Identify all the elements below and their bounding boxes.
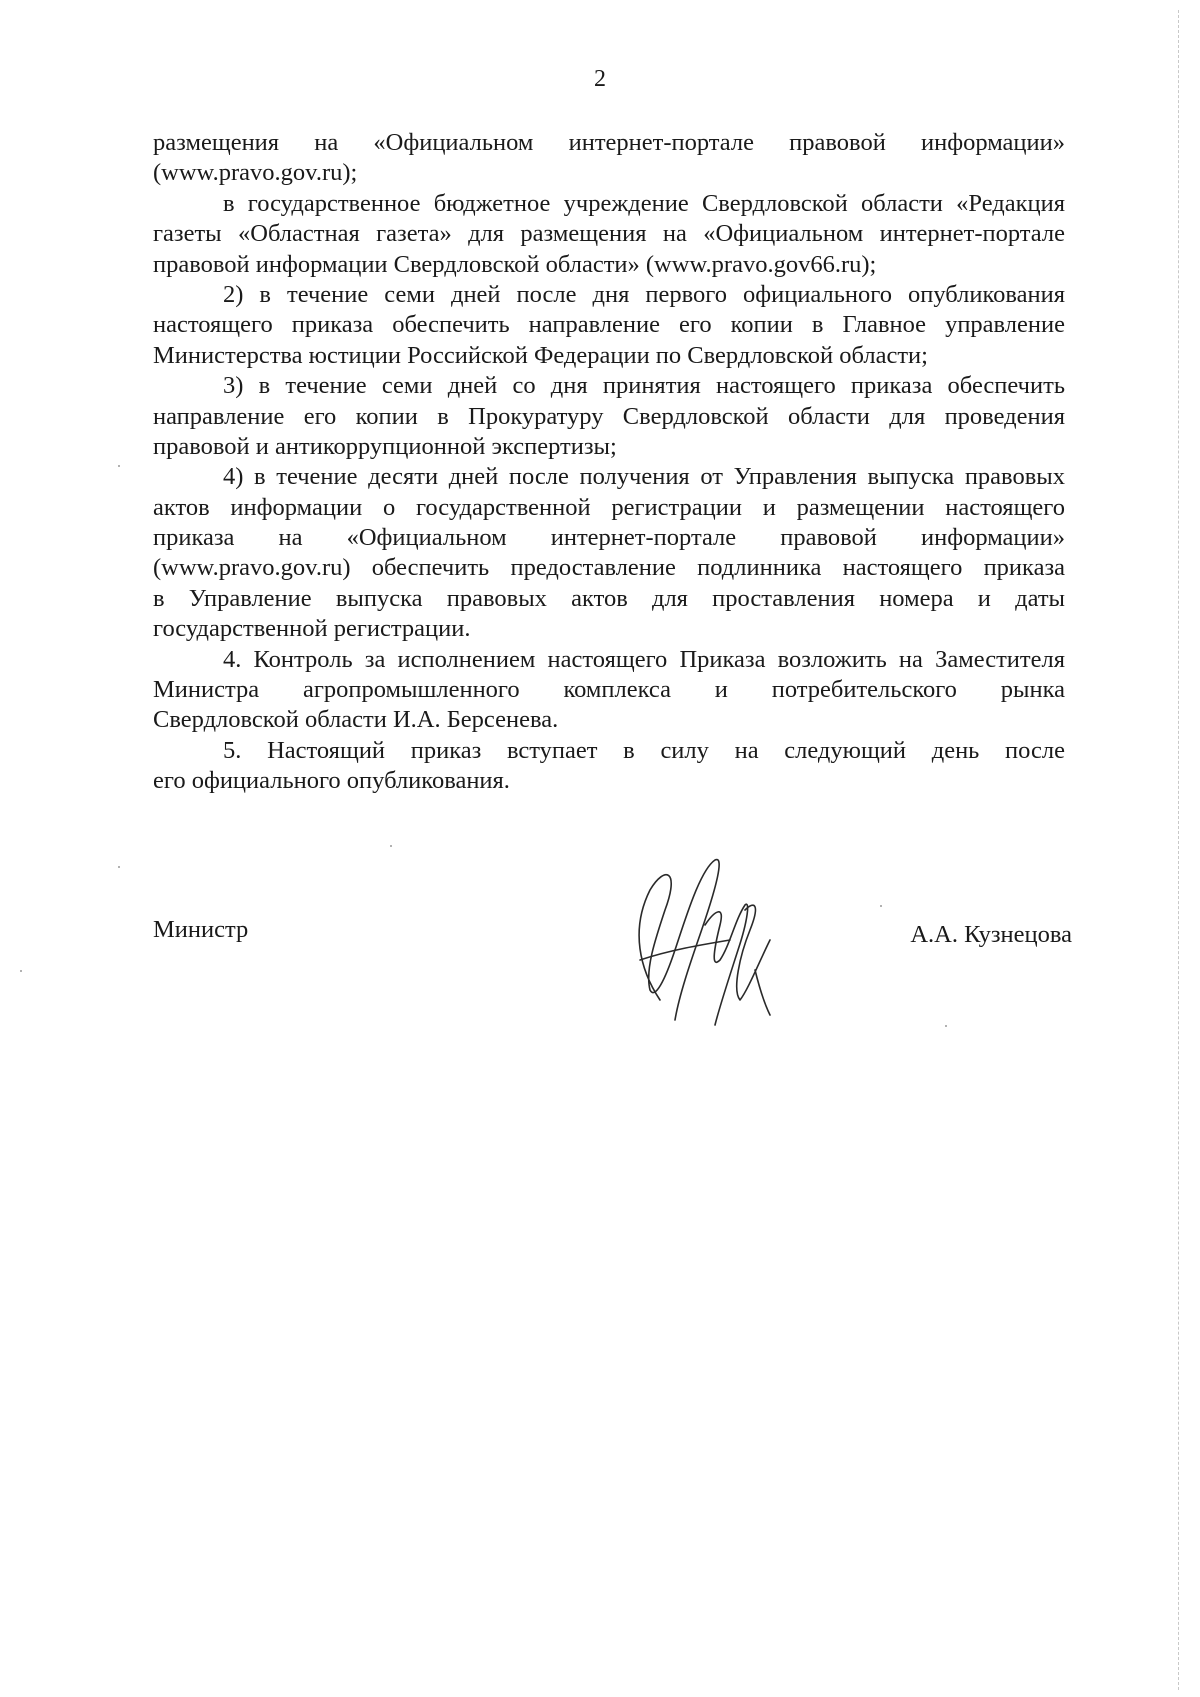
body-line: (www.pravo.gov.ru) обеспечить предоставл… (153, 553, 1065, 583)
body-line: (www.pravo.gov.ru); (153, 158, 1065, 188)
document-body: размещения на «Официальном интернет-порт… (153, 128, 1065, 797)
body-line: его официального опубликования. (153, 766, 1065, 796)
body-line: настоящего приказа обеспечить направлени… (153, 310, 1065, 340)
scan-speck (20, 970, 22, 972)
body-line: 4. Контроль за исполнением настоящего Пр… (153, 645, 1065, 675)
body-line: направление его копии в Прокуратуру Свер… (153, 402, 1065, 432)
body-line: Свердловской области И.А. Берсенева. (153, 705, 1065, 735)
body-line: правовой информации Свердловской области… (153, 250, 1065, 280)
body-line: размещения на «Официальном интернет-порт… (153, 128, 1065, 158)
body-line: актов информации о государственной регис… (153, 493, 1065, 523)
scan-speck (390, 845, 392, 847)
body-line: 4) в течение десяти дней после получения… (153, 462, 1065, 492)
document-page: 2 размещения на «Официальном интернет-по… (0, 0, 1200, 1697)
body-line: газеты «Областная газета» для размещения… (153, 219, 1065, 249)
body-line: государственной регистрации. (153, 614, 1065, 644)
scan-speck (880, 905, 882, 907)
scan-speck (945, 1025, 947, 1027)
handwritten-signature (620, 850, 790, 1030)
body-line: в государственное бюджетное учреждение С… (153, 189, 1065, 219)
body-line: правовой и антикоррупционной экспертизы; (153, 432, 1065, 462)
signatory-name: А.А. Кузнецова (910, 921, 1072, 949)
scan-speck (118, 866, 120, 868)
body-line: приказа на «Официальном интернет-портале… (153, 523, 1065, 553)
signatory-title: Министр (153, 916, 248, 944)
body-line: 5. Настоящий приказ вступает в силу на с… (153, 736, 1065, 766)
body-line: Министра агропромышленного комплекса и п… (153, 675, 1065, 705)
body-line: в Управление выпуска правовых актов для … (153, 584, 1065, 614)
body-line: Министерства юстиции Российской Федераци… (153, 341, 1065, 371)
body-line: 2) в течение семи дней после дня первого… (153, 280, 1065, 310)
scan-edge-line (1178, 10, 1179, 1690)
scan-speck (118, 465, 120, 467)
body-line: 3) в течение семи дней со дня принятия н… (153, 371, 1065, 401)
page-number: 2 (0, 66, 1200, 93)
